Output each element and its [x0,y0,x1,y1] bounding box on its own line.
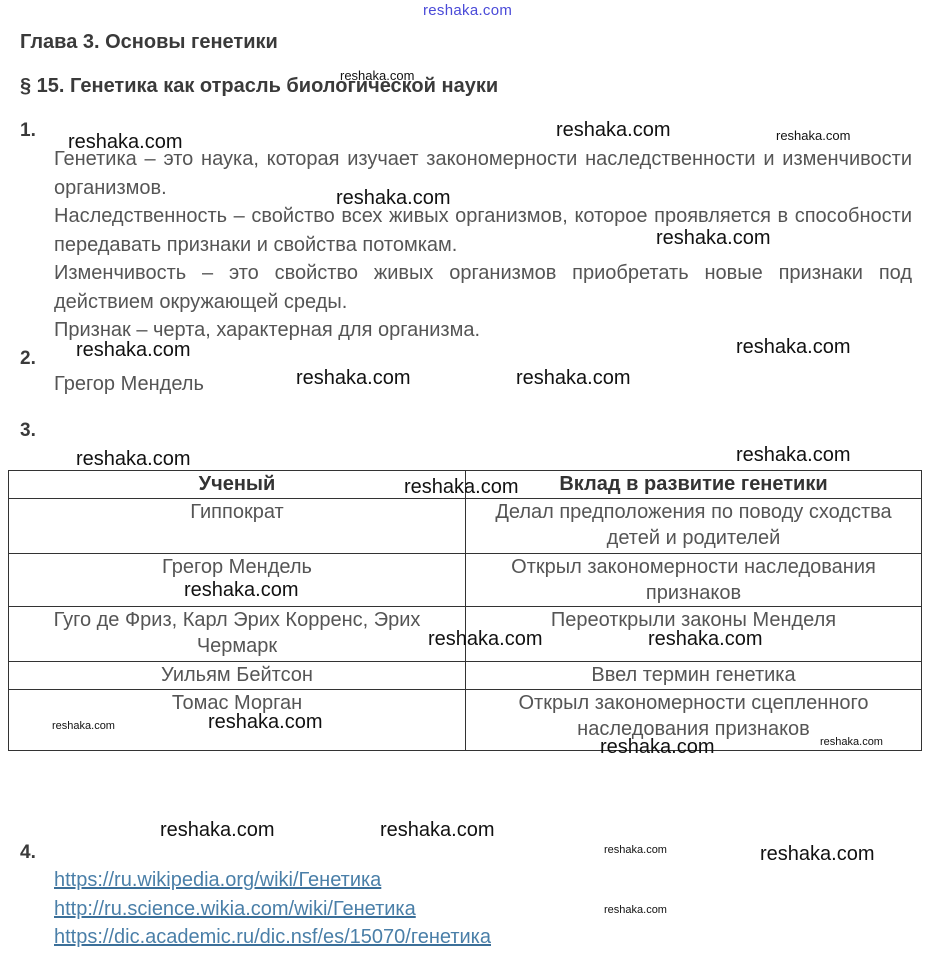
question-2-answer: Грегор Мендель [54,373,204,396]
watermark: reshaka.com [336,187,451,210]
watermark: reshaka.com [736,336,851,359]
link-academic[interactable]: https://dic.academic.ru/dic.nsf/es/15070… [54,923,491,952]
watermark: reshaka.com [184,579,299,602]
watermark: reshaka.com [604,844,667,856]
scientists-table: Ученый Вклад в развитие генетики Гиппокр… [8,470,922,751]
question-2-number: 2. [20,348,36,370]
site-header-watermark: reshaka.com [423,2,512,19]
watermark: reshaka.com [600,736,715,759]
cell-contribution: Открыл закономерности наследования призн… [466,554,922,607]
header-contribution: Вклад в развитие генетики [466,471,922,499]
watermark: reshaka.com [68,131,183,154]
table-row: Уильям Бейтсон Ввел термин генетика [9,662,922,690]
link-science-wikia[interactable]: http://ru.science.wikia.com/wiki/Генетик… [54,895,491,924]
watermark: reshaka.com [404,476,519,499]
question-4-number: 4. [20,842,36,864]
question-1-answer: Генетика – это наука, которая изучает за… [54,145,912,345]
question-3-number: 3. [20,420,36,442]
watermark: reshaka.com [52,720,115,732]
cell-contribution: Ввел термин генетика [466,662,922,690]
watermark: reshaka.com [76,448,191,471]
watermark: reshaka.com [380,819,495,842]
cell-scientist: Гуго де Фриз, Карл Эрих Корренс, Эрих Че… [9,607,466,662]
watermark: reshaka.com [160,819,275,842]
definition-heredity: Наследственность – свойство всех живых о… [54,202,912,259]
watermark: reshaka.com [760,843,875,866]
watermark: reshaka.com [604,904,667,916]
link-wikipedia[interactable]: https://ru.wikipedia.org/wiki/Генетика [54,866,491,895]
watermark: reshaka.com [208,711,323,734]
header-scientist: Ученый [9,471,466,499]
watermark: reshaka.com [556,119,671,142]
cell-scientist: Уильям Бейтсон [9,662,466,690]
watermark: reshaka.com [340,68,414,83]
section-title: § 15. Генетика как отрасль биологической… [20,75,498,98]
watermark: reshaka.com [516,367,631,390]
watermark: reshaka.com [776,128,850,143]
table-row: Грегор Мендель Открыл закономерности нас… [9,554,922,607]
watermark: reshaka.com [296,367,411,390]
table-row: Томас Морган Открыл закономерности сцепл… [9,690,922,751]
watermark: reshaka.com [648,628,763,651]
watermark: reshaka.com [820,736,883,748]
cell-contribution: Делал предположения по поводу сходства д… [466,499,922,554]
question-1-number: 1. [20,120,36,142]
definition-variability: Изменчивость – это свойство живых органи… [54,259,912,316]
table-row: Гиппократ Делал предположения по поводу … [9,499,922,554]
watermark: reshaka.com [76,339,191,362]
reference-links: https://ru.wikipedia.org/wiki/Генетика h… [54,866,491,952]
cell-scientist: Гиппократ [9,499,466,554]
chapter-title: Глава 3. Основы генетики [20,31,278,54]
watermark: reshaka.com [428,628,543,651]
watermark: reshaka.com [736,444,851,467]
definition-genetics: Генетика – это наука, которая изучает за… [54,145,912,202]
watermark: reshaka.com [656,227,771,250]
